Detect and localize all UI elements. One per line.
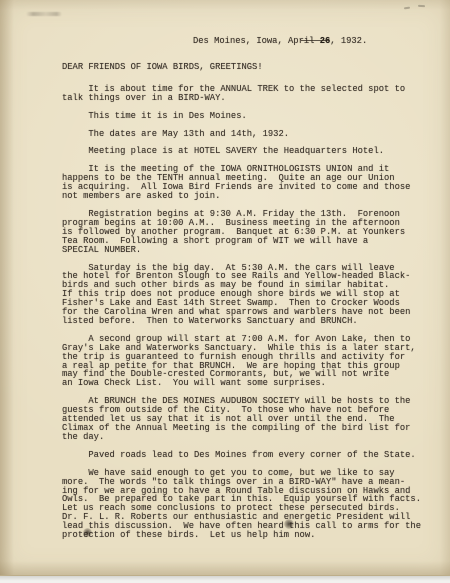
pencil-smudge <box>26 12 62 16</box>
scanned-letter: Des Moines, Iowa, April 26, 1932. DEAR F… <box>0 0 450 583</box>
letter-body: Des Moines, Iowa, April 26, 1932. DEAR F… <box>62 37 434 549</box>
ink-blot <box>284 519 294 529</box>
pencil-mark <box>404 7 410 10</box>
paragraph-saturday-trip: Saturday is the big day. At 5:30 A.M. th… <box>62 264 434 326</box>
paragraph-location: This time it is in Des Moines. <box>62 112 434 121</box>
paragraph-annual-trek: It is about time for the ANNUAL TREK to … <box>62 85 434 103</box>
paragraph-second-group: A second group will start at 7:00 A.M. f… <box>62 335 434 388</box>
dateline: Des Moines, Iowa, April 26, 1932. <box>62 37 434 46</box>
paragraph-meeting-place: Meeting place is at HOTEL SAVERY the Hea… <box>62 147 434 156</box>
paragraph-union-meeting: It is the meeting of the IOWA ORNITHOLOG… <box>62 165 434 201</box>
paragraph-dates: The dates are May 13th and 14th, 1932. <box>62 130 434 139</box>
letter-page: Des Moines, Iowa, April 26, 1932. DEAR F… <box>0 0 450 576</box>
ink-blot <box>83 528 92 537</box>
paragraph-registration: Registration begins at 9:30 A.M. Friday … <box>62 210 434 255</box>
paragraph-round-table: We have said enough to get you to come, … <box>62 469 434 540</box>
pencil-mark <box>418 5 425 7</box>
salutation: DEAR FRIENDS OF IOWA BIRDS, GREETINGS! <box>62 63 434 72</box>
paragraph-brunch-hosts: At BRUNCH the DES MOINES AUDUBON SOCIETY… <box>62 397 434 442</box>
dateline-day-overstruck: 26 <box>320 36 331 46</box>
dateline-year: , 1932. <box>330 36 367 46</box>
paragraph-paved-roads: Paved roads lead to Des Moines from ever… <box>62 451 434 460</box>
